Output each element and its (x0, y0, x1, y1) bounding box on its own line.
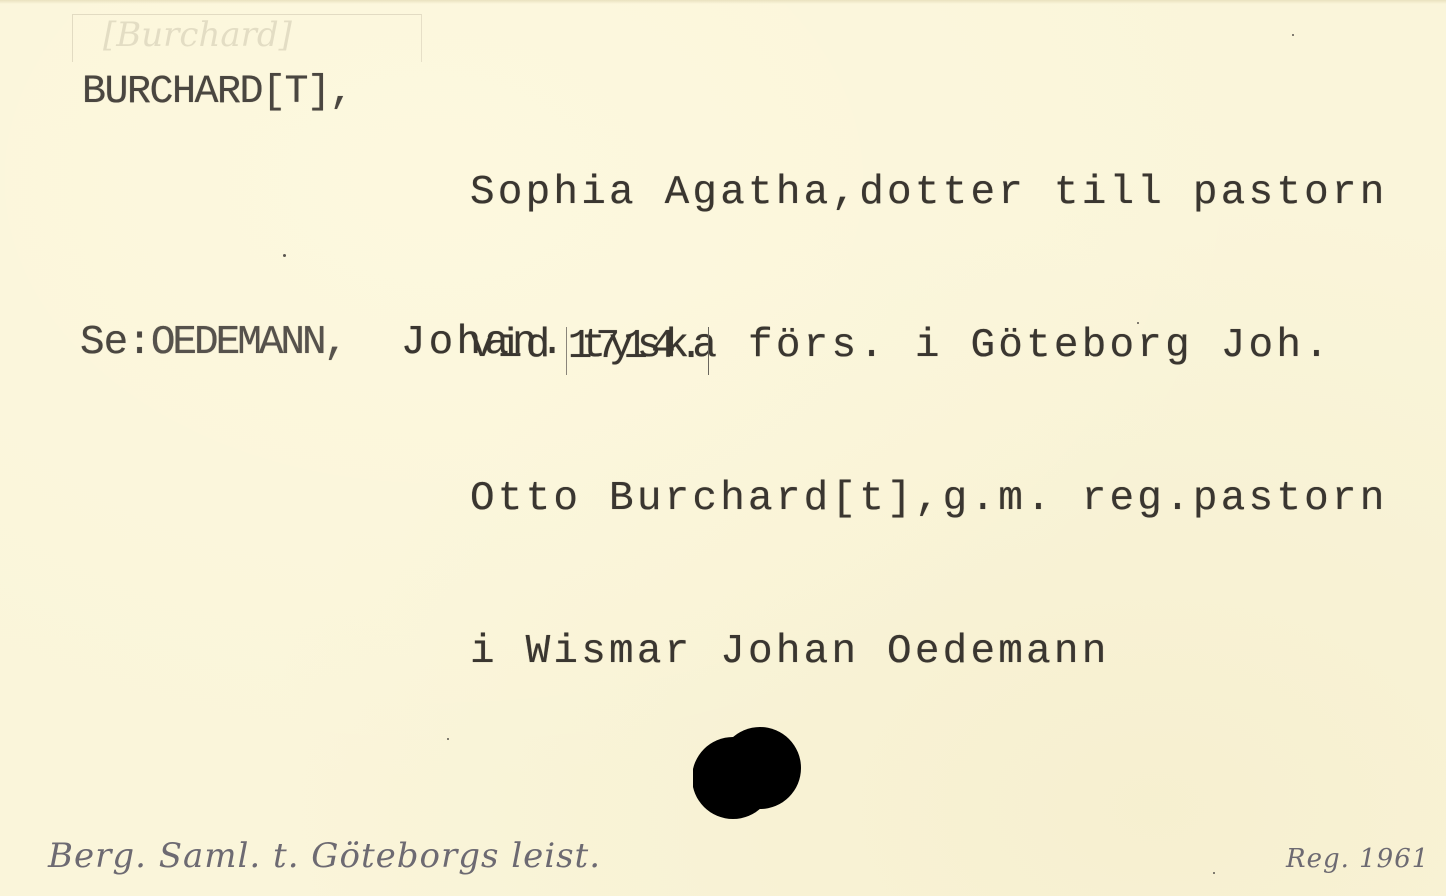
ink-speck (1292, 34, 1294, 36)
handwritten-source-note: Berg. Saml. t. Göteborgs leist. (48, 836, 601, 876)
punch-hole-icon (693, 726, 805, 824)
card-heading-surname: BURCHARD[T], (82, 68, 352, 118)
handwritten-registration-note: Reg. 1961 (1286, 844, 1429, 874)
see-also-given-name: Johan. (401, 320, 568, 366)
see-also-year: 1714. (566, 327, 709, 375)
card-body: Sophia Agatha,dotter till pastorn vid ty… (470, 68, 1388, 780)
index-card: [Burchard] BURCHARD[T], Sophia Agatha,do… (0, 0, 1446, 896)
faded-pencil-heading: [Burchard] (72, 14, 422, 62)
body-line: i Wismar Johan Oedemann (470, 627, 1388, 680)
ink-speck (283, 254, 286, 257)
body-line: Otto Burchard[t],g.m. reg.pastorn (470, 474, 1388, 527)
see-also-label: Se: (80, 320, 151, 366)
ink-speck (447, 738, 449, 740)
card-top-edge (0, 0, 1446, 4)
ink-speck (1213, 872, 1215, 874)
ink-speck (1137, 322, 1139, 324)
see-also-surname: OEDEMANN, (151, 320, 345, 366)
body-line: Sophia Agatha,dotter till pastorn (470, 168, 1388, 221)
see-also-reference: Se:OEDEMANN, Johan.1714. (80, 318, 709, 375)
spacer (345, 320, 401, 366)
